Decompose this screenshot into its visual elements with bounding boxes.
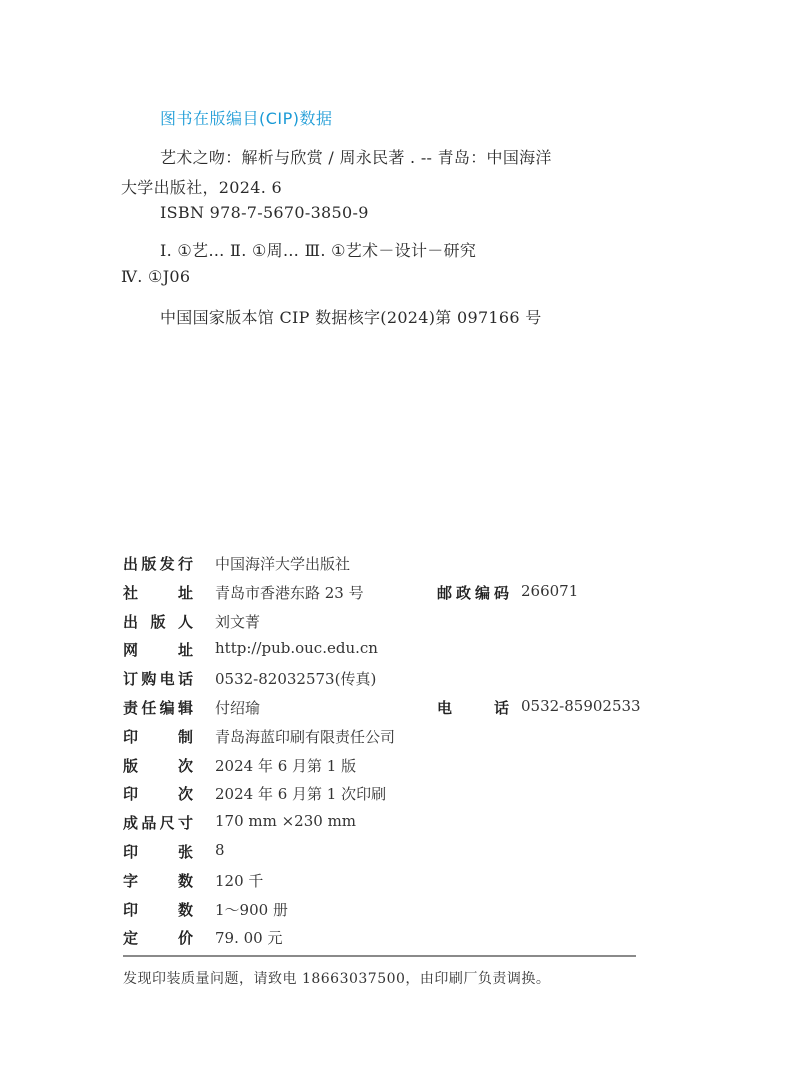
cip-citation-line-2: 大学出版社，2024. 6 [121, 175, 282, 198]
cip-classification-2: Ⅳ. ①J06 [121, 267, 190, 286]
info-value: 0532-82032573(传真) [215, 668, 376, 689]
info-label: 定价 [123, 927, 193, 948]
info-label: 出版发行 [123, 553, 193, 574]
info-label: 印数 [123, 899, 193, 920]
info-label: 印制 [123, 726, 193, 747]
info-value: 2024 年 6 月第 1 次印刷 [215, 783, 386, 804]
cip-title: 图书在版编目(CIP)数据 [160, 106, 333, 129]
cip-record-number: 中国国家版本馆 CIP 数据核字(2024)第 097166 号 [160, 305, 542, 328]
info-value: 1～900 册 [215, 899, 288, 920]
cip-classification-1: Ⅰ. ①艺… Ⅱ. ①周… Ⅲ. ①艺术－设计－研究 [160, 238, 476, 261]
info-label: 邮政编码 [437, 582, 509, 603]
info-value: 2024 年 6 月第 1 版 [215, 755, 356, 776]
info-label: 印次 [123, 783, 193, 804]
info-value-secondary: 0532-85902533 [521, 697, 641, 715]
info-label: 成品尺寸 [123, 812, 193, 833]
cip-isbn: ISBN 978-7-5670-3850-9 [160, 203, 369, 222]
info-value-secondary: 266071 [521, 582, 578, 600]
info-label: 印张 [123, 841, 193, 862]
info-value: 8 [215, 841, 225, 859]
info-label: 版次 [123, 755, 193, 776]
cip-citation-line-1: 艺术之吻：解析与欣赏 / 周永民著 . -- 青岛：中国海洋 [160, 145, 552, 168]
info-value: 120 千 [215, 870, 263, 891]
info-value: 青岛市香港东路 23 号 [215, 582, 364, 603]
info-label: 电话 [437, 697, 509, 718]
info-label: 字数 [123, 870, 193, 891]
info-label: 社址 [123, 582, 193, 603]
info-label: 出版人 [123, 611, 193, 632]
info-label: 订购电话 [123, 668, 193, 689]
info-value: 付绍瑜 [215, 697, 260, 718]
info-value: http://pub.ouc.edu.cn [215, 639, 378, 657]
info-label: 责任编辑 [123, 697, 193, 718]
quality-note: 发现印装质量问题，请致电 18663037500，由印刷厂负责调换。 [123, 968, 550, 988]
info-value: 刘文菁 [215, 611, 260, 632]
info-value: 中国海洋大学出版社 [215, 553, 350, 574]
info-value: 170 mm ×230 mm [215, 812, 356, 830]
divider-rule [123, 955, 636, 957]
info-value: 79. 00 元 [215, 927, 282, 948]
info-label: 网址 [123, 639, 193, 660]
info-value: 青岛海蓝印刷有限责任公司 [215, 726, 395, 747]
